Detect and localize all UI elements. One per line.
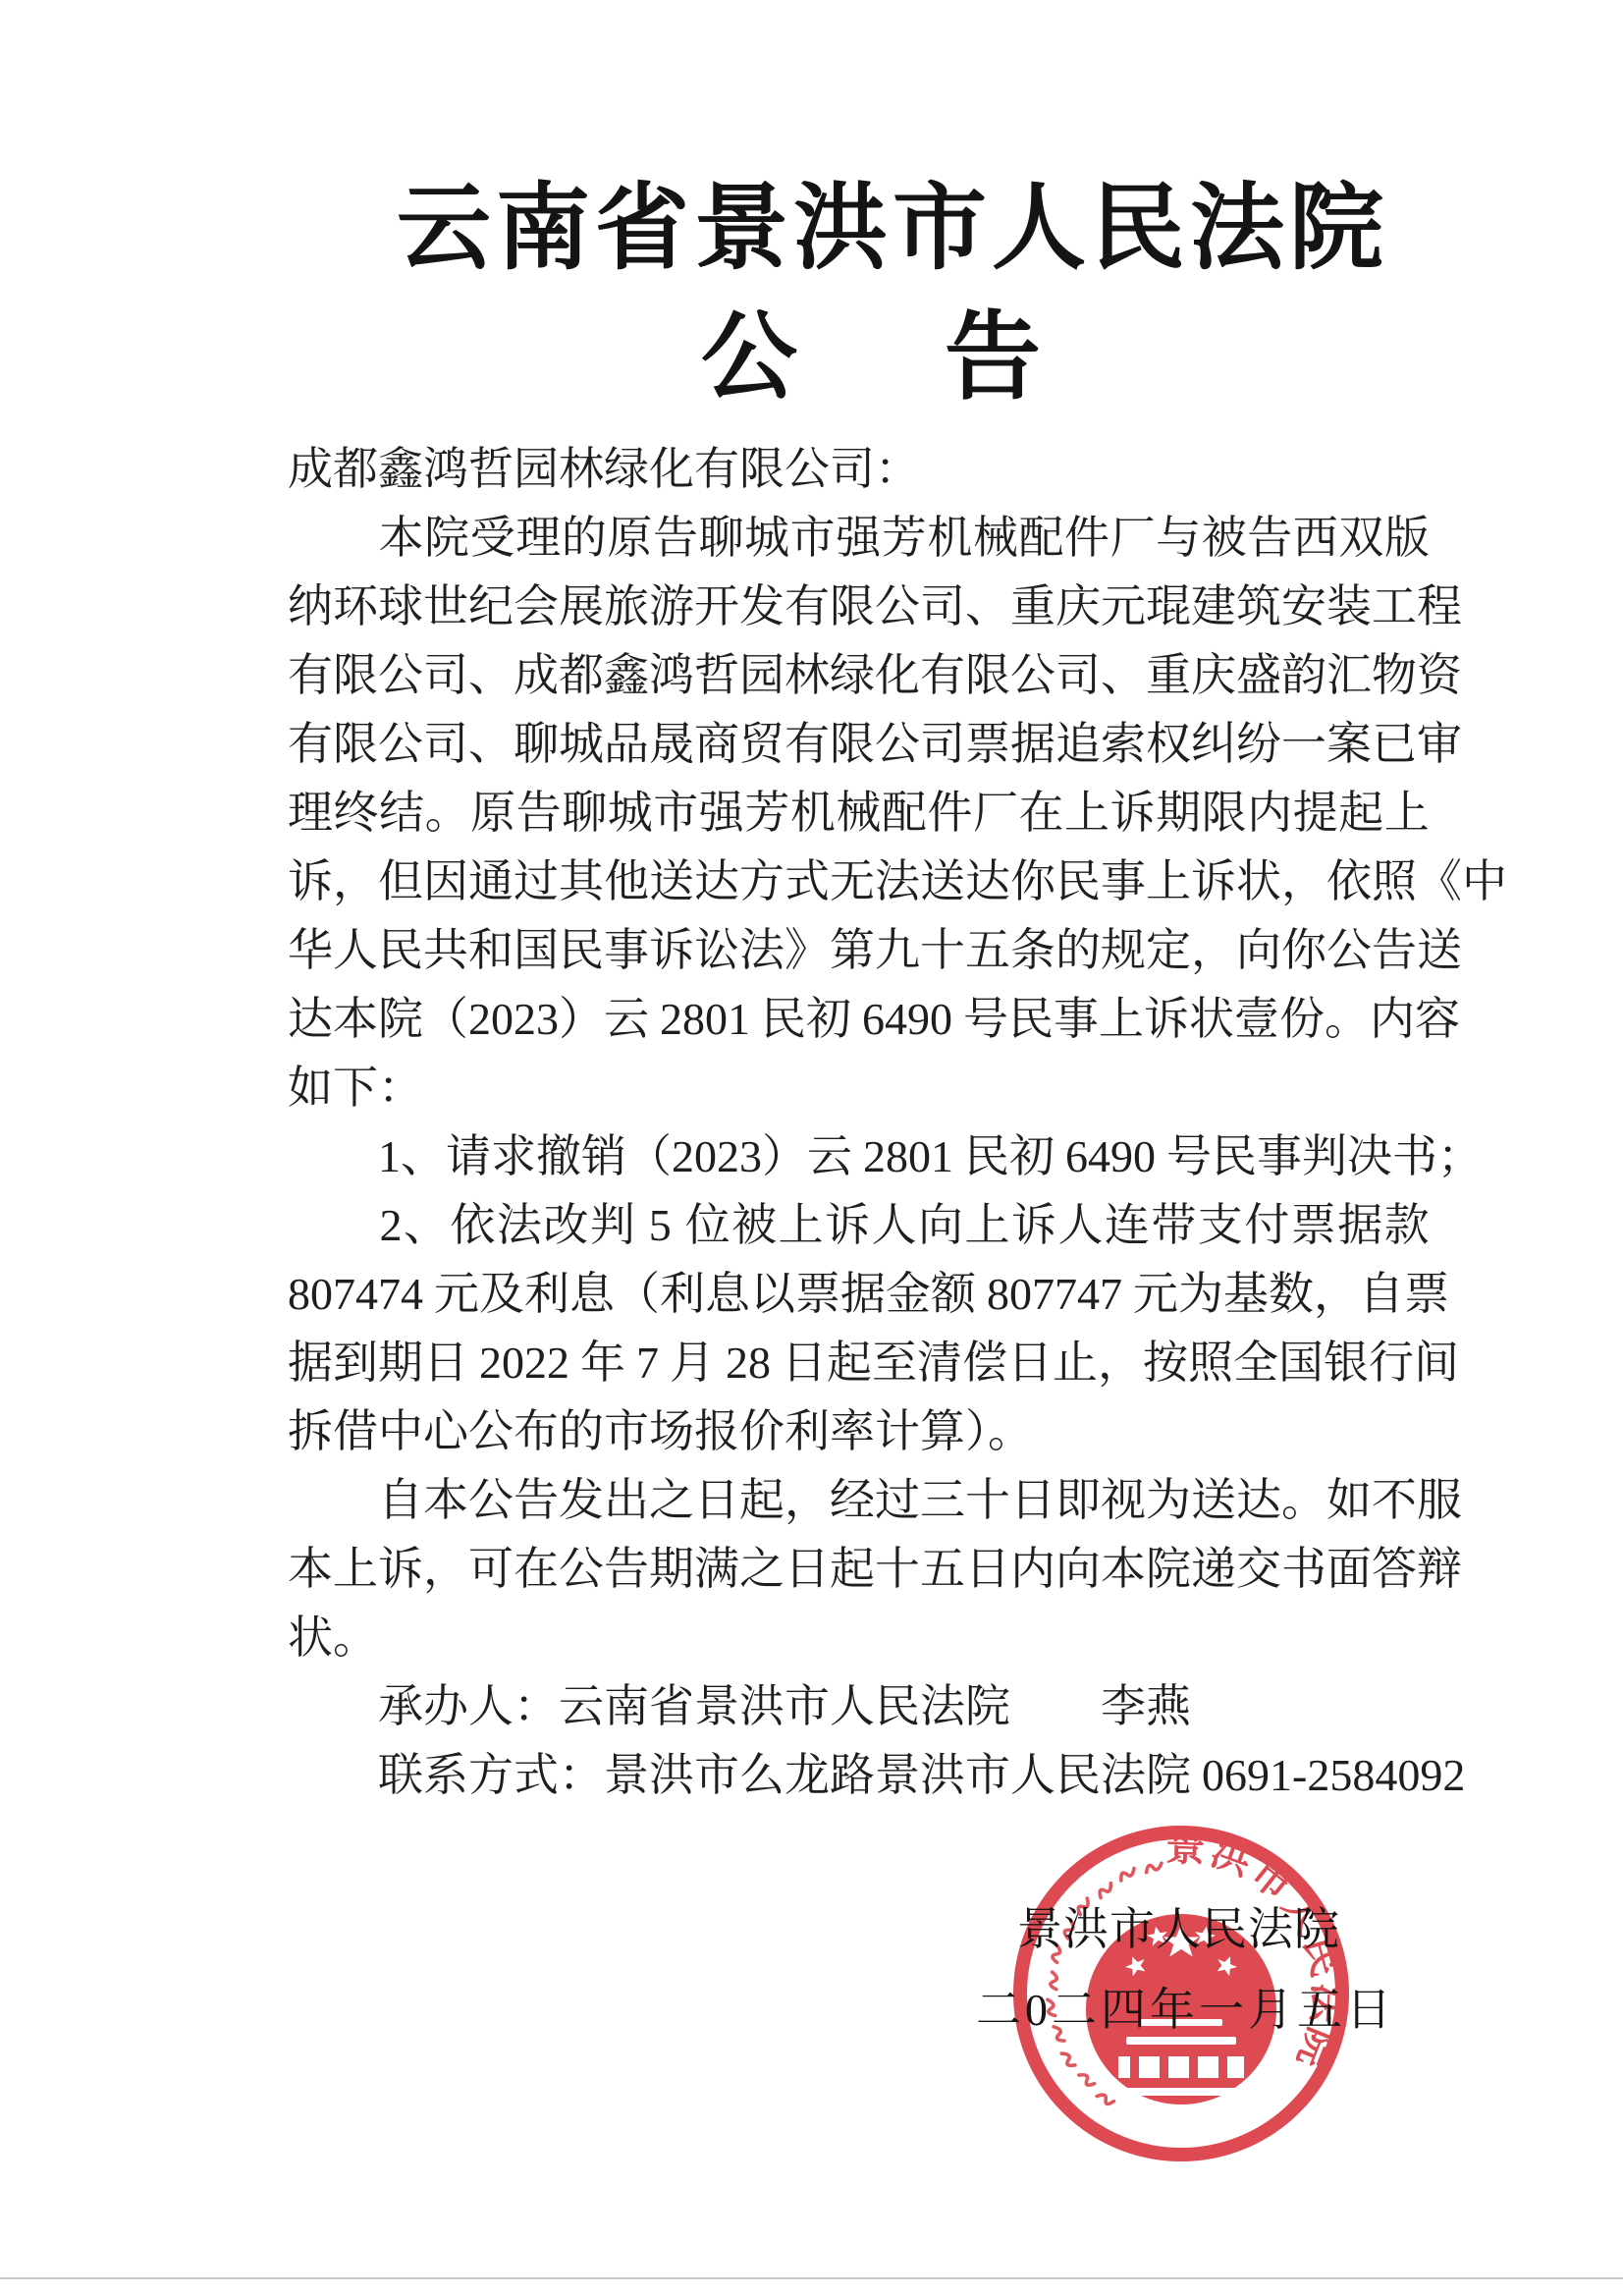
- text-line: 理终结。原告聊城市强芳机械配件厂在上诉期限内提起上: [288, 779, 1430, 847]
- text-line: 成都鑫鸿哲园林绿化有限公司：: [288, 435, 1430, 504]
- page-title: 云南省景洪市人民法院: [397, 177, 1388, 281]
- text-line: 状。: [288, 1604, 1430, 1672]
- subtitle-char-1: 公: [701, 306, 797, 412]
- seal-date: 二0二四年一月五日: [976, 1986, 1395, 2036]
- subtitle-char-2: 告: [945, 306, 1041, 412]
- text-line: 达本院（2023）云2801民初6490号民事上诉状壹份。内容: [288, 985, 1430, 1054]
- text-line: 华人民共和国民事诉讼法》第九十五条的规定，向你公告送: [288, 916, 1430, 985]
- text-line: 据到期日2022年7月28日起至清偿日止，按照全国银行间: [288, 1329, 1430, 1397]
- text-line: 807474元及利息（利息以票据金额807747元为基数，自票: [288, 1260, 1430, 1329]
- text-line: 纳环球世纪会展旅游开发有限公司、重庆元琨建筑安装工程: [288, 573, 1430, 641]
- text-line: 1、请求撤销（2023）云2801民初6490号民事判决书；: [288, 1122, 1430, 1191]
- page-subtitle: 公 告: [701, 306, 1041, 412]
- scan-artifact-line: [0, 2277, 1623, 2279]
- text-line: 承办人：云南省景洪市人民法院 李燕: [288, 1672, 1430, 1741]
- text-line: 如下：: [288, 1054, 1430, 1122]
- text-line: 2、依法改判5位被上诉人向上诉人连带支付票据款: [288, 1191, 1430, 1260]
- text-line: 本院受理的原告聊城市强芳机械配件厂与被告西双版: [288, 504, 1430, 573]
- text-line: 本上诉，可在公告期满之日起十五日内向本院递交书面答辩: [288, 1535, 1430, 1604]
- text-line: 自本公告发出之日起，经过三十日即视为送达。如不服: [288, 1466, 1430, 1535]
- text-line: 有限公司、聊城品晟商贸有限公司票据追索权纠纷一案已审: [288, 710, 1430, 779]
- announcement-page: 云南省景洪市人民法院 公 告 成都鑫鸿哲园林绿化有限公司：本院受理的原告聊城市强…: [0, 0, 1623, 2296]
- body-lines: 成都鑫鸿哲园林绿化有限公司：本院受理的原告聊城市强芳机械配件厂与被告西双版纳环球…: [288, 435, 1430, 1810]
- text-line: 有限公司、成都鑫鸿哲园林绿化有限公司、重庆盛韵汇物资: [288, 641, 1430, 710]
- seal-court-name: 景洪市人民法院: [1017, 1905, 1340, 1955]
- text-line: 诉，但因通过其他送达方式无法送达你民事上诉状，依照《中: [288, 847, 1430, 916]
- text-line: 拆借中心公布的市场报价利率计算）。: [288, 1397, 1430, 1466]
- text-line: 联系方式：景洪市么龙路景洪市人民法院0691-2584092: [288, 1741, 1430, 1810]
